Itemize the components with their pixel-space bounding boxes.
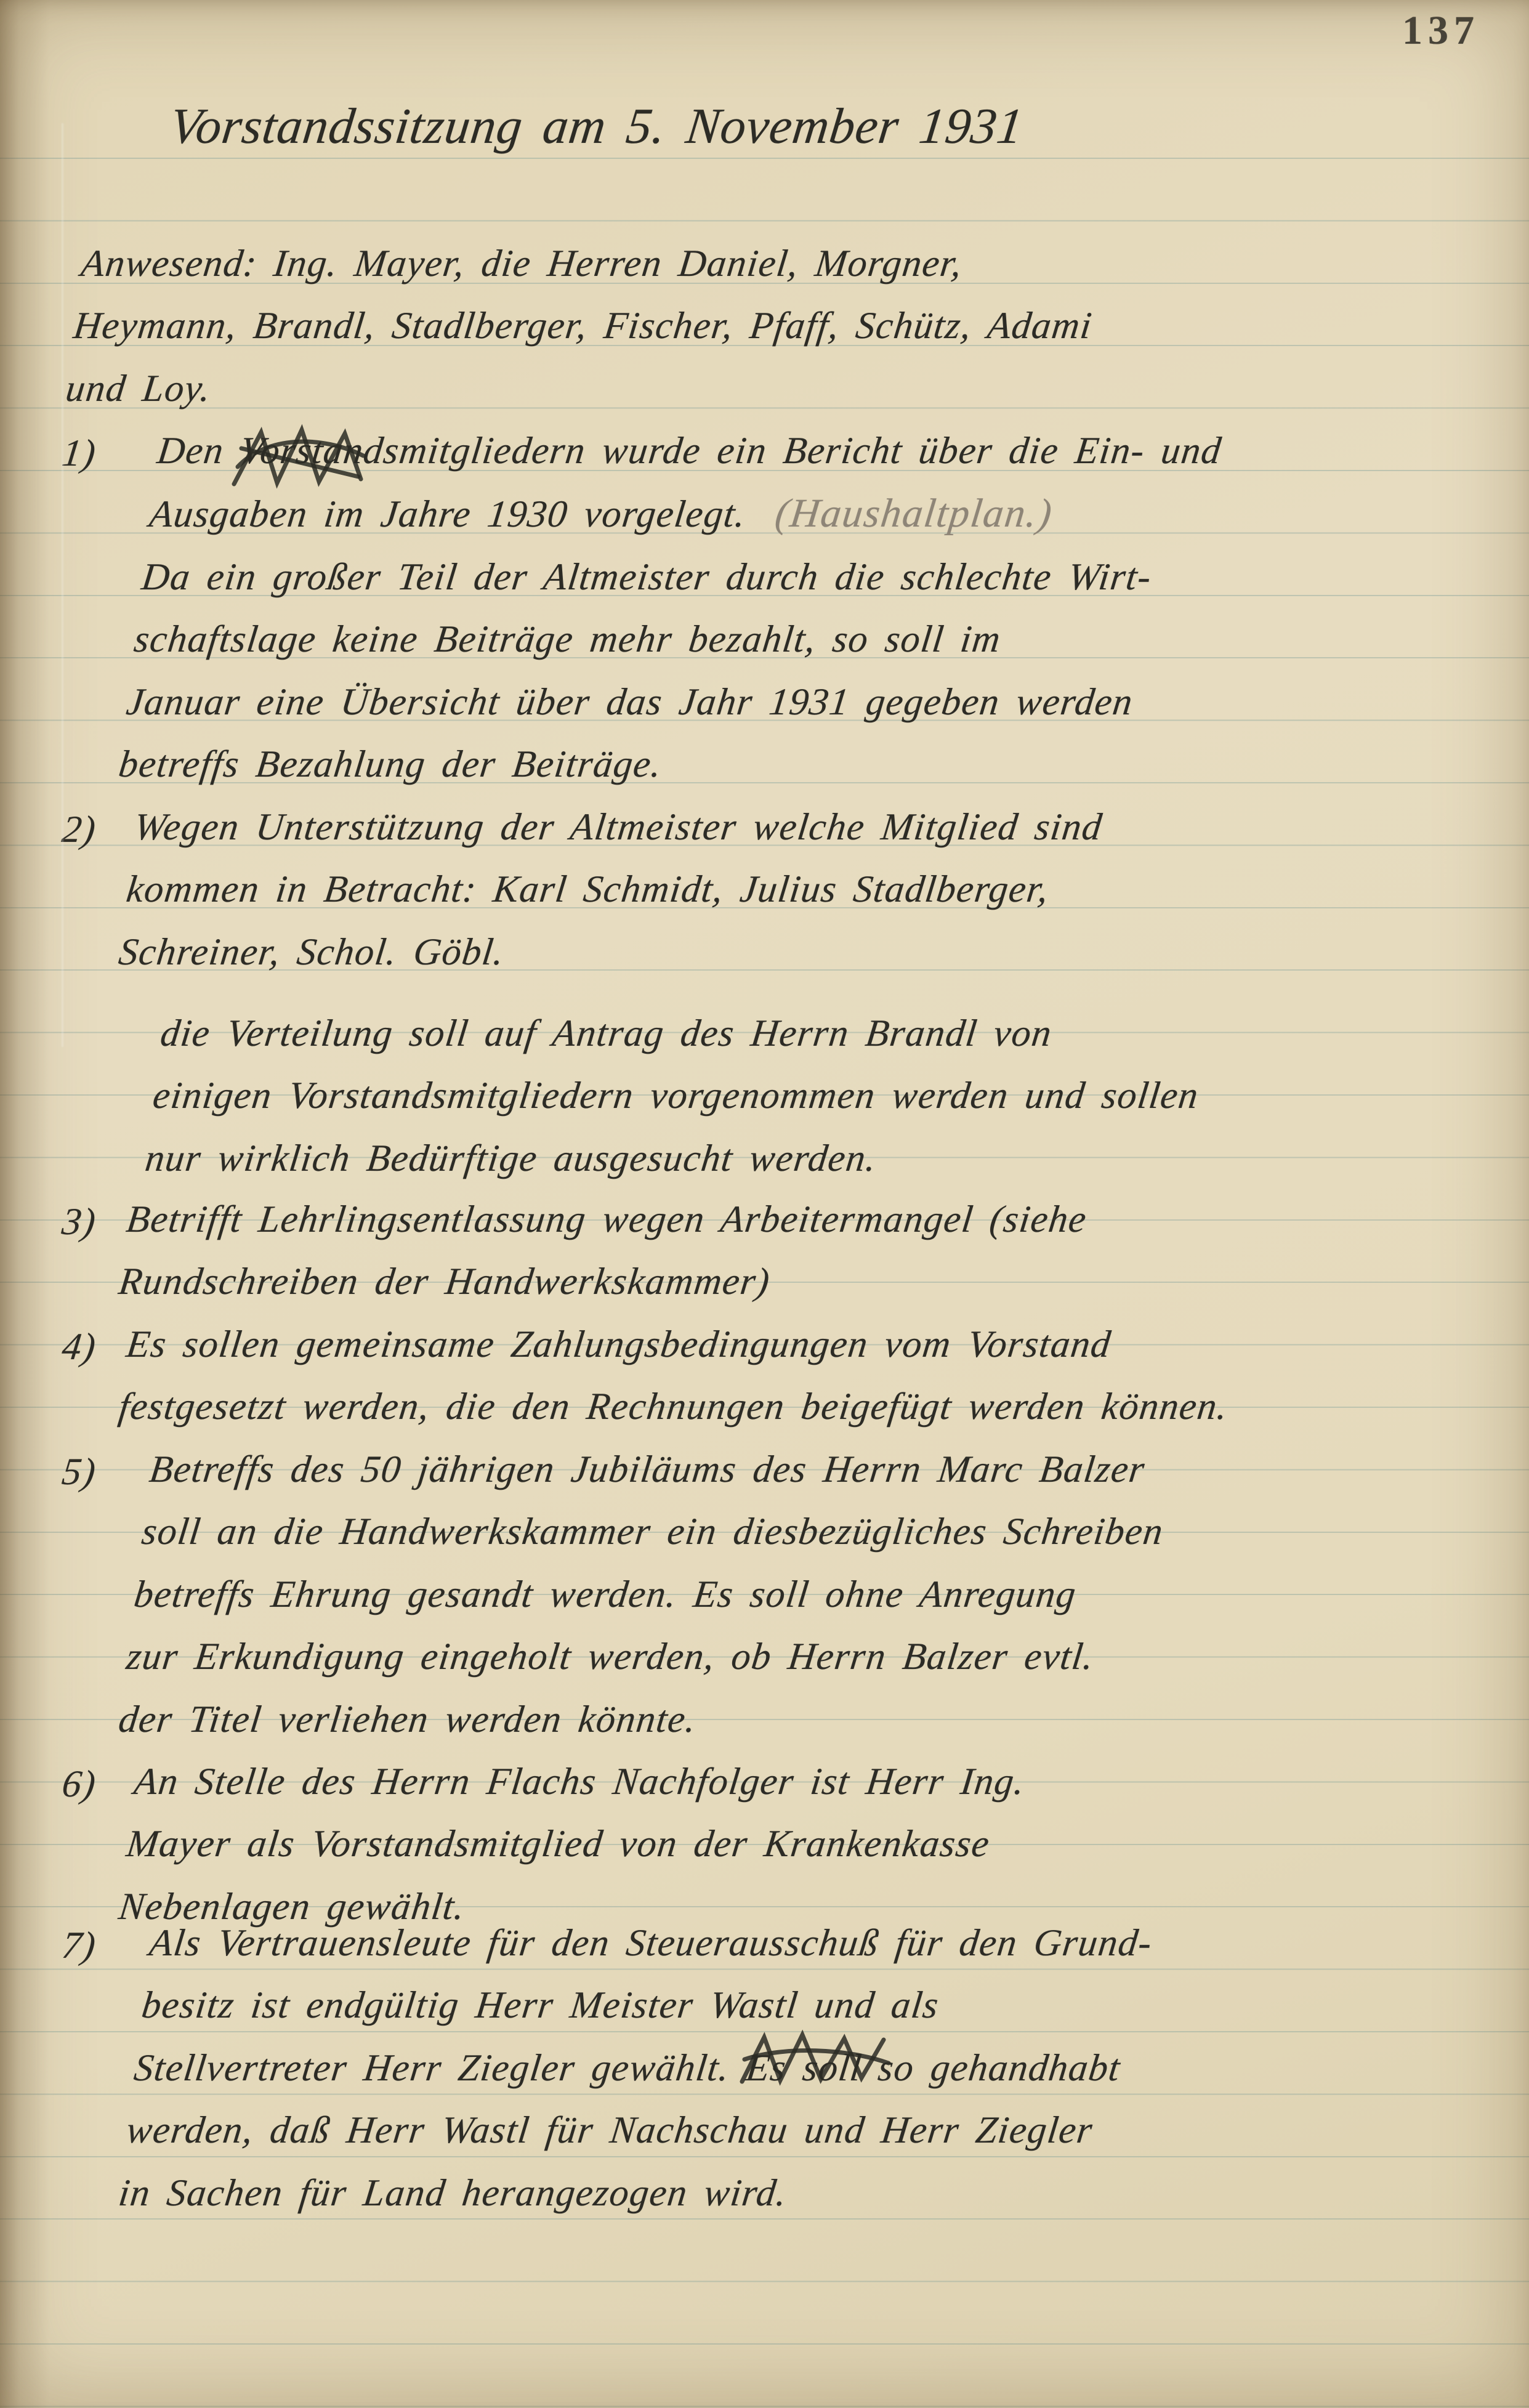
item-block-2-continuation: die Verteilung soll auf Antrag des Herrn… (58, 1003, 1493, 1190)
manuscript-line: Januar eine Übersicht über das Jahr 1931… (123, 671, 1508, 733)
manuscript-page: 137 Vorstandssitzung am 5. November 1931… (0, 0, 1529, 2408)
item-block-5: 5) Betreffs des 50 jährigen Jubiläums de… (58, 1439, 1493, 1751)
item-block-4: 4) Es sollen gemeinsame Zahlungsbedingun… (58, 1314, 1493, 1439)
manuscript-line: Den Vorstandsmitgliedern wurde ein Beric… (154, 420, 1529, 482)
manuscript-line: kommen in Betracht: Karl Schmidt, Julius… (123, 859, 1508, 921)
manuscript-line-text: Ausgaben im Jahre 1930 vorgelegt. (147, 493, 749, 535)
attendee-line: Anwesend: Ing. Mayer, die Herren Daniel,… (78, 233, 1516, 295)
manuscript-line: Schreiner, Schol. Göbl. (115, 921, 1501, 984)
manuscript-line: Es sollen gemeinsame Zahlungsbedingungen… (123, 1314, 1508, 1376)
manuscript-line: die Verteilung soll auf Antrag des Herrn… (157, 1003, 1516, 1065)
attendees-block: Anwesend: Ing. Mayer, die Herren Daniel,… (58, 233, 1493, 420)
item-block-2: 2) Wegen Unterstützung der Altmeister we… (58, 796, 1493, 984)
manuscript-line: Mayer als Vorstandsmitglied von der Kran… (123, 1813, 1508, 1875)
manuscript-line: der Titel verliehen werden könnte. (115, 1689, 1501, 1751)
manuscript-line: soll an die Handwerkskammer ein diesbezü… (138, 1501, 1523, 1563)
attendee-line: Heymann, Brandl, Stadlberger, Fischer, P… (70, 295, 1508, 357)
manuscript-line: besitz ist endgültig Herr Meister Wastl … (138, 1974, 1523, 2037)
item-block-6: 6) An Stelle des Herrn Flachs Nachfolger… (58, 1751, 1493, 1938)
manuscript-line: zur Erkundigung eingeholt werden, ob Her… (123, 1626, 1508, 1688)
item-block-1: 1) Den Vorstandsmitgliedern wurde ein Be… (58, 420, 1493, 796)
page-number: 137 (1402, 7, 1480, 54)
manuscript-line: einigen Vorstandsmitgliedern vorgenommen… (149, 1065, 1508, 1127)
manuscript-line: Stellvertreter Herr Ziegler gewählt. Es … (131, 2037, 1516, 2099)
manuscript-line: in Sachen für Land herangezogen wird. (115, 2162, 1501, 2224)
manuscript-line: Wegen Unterstützung der Altmeister welch… (131, 796, 1516, 859)
manuscript-line: Betrifft Lehrlingsentlassung wegen Arbei… (123, 1189, 1508, 1251)
pencil-annotation: (Haushaltplan.) (773, 491, 1055, 536)
attendee-line: und Loy. (62, 358, 1501, 420)
manuscript-line: betreffs Ehrung gesandt werden. Es soll … (131, 1564, 1516, 1626)
manuscript-line: Betreffs des 50 jährigen Jubiläums des H… (146, 1439, 1529, 1501)
manuscript-line: Rundschreiben der Handwerkskammer) (115, 1251, 1501, 1313)
manuscript-line: An Stelle des Herrn Flachs Nachfolger is… (131, 1751, 1516, 1813)
manuscript-line: nur wirklich Bedürftige ausgesucht werde… (142, 1128, 1501, 1190)
manuscript-title: Vorstandssitzung am 5. November 1931 (166, 92, 1027, 160)
manuscript-line: werden, daß Herr Wastl für Nachschau und… (123, 2099, 1508, 2162)
manuscript-line: Da ein großer Teil der Altmeister durch … (138, 546, 1523, 608)
manuscript-line: schaftslage keine Beiträge mehr bezahlt,… (131, 608, 1516, 671)
manuscript-line: Als Vertrauensleute für den Steueraussch… (146, 1912, 1529, 1974)
manuscript-line: betreffs Bezahlung der Beiträge. (115, 733, 1501, 796)
item-block-7: 7) Als Vertrauensleute für den Steueraus… (58, 1912, 1493, 2224)
manuscript-line: festgesetzt werden, die den Rechnungen b… (115, 1376, 1501, 1438)
item-block-3: 3) Betrifft Lehrlingsentlassung wegen Ar… (58, 1189, 1493, 1314)
manuscript-line: Ausgaben im Jahre 1930 vorgelegt.(Hausha… (146, 482, 1529, 546)
item-number: 1) (58, 422, 100, 485)
binding-gutter-shadow (0, 0, 49, 2408)
